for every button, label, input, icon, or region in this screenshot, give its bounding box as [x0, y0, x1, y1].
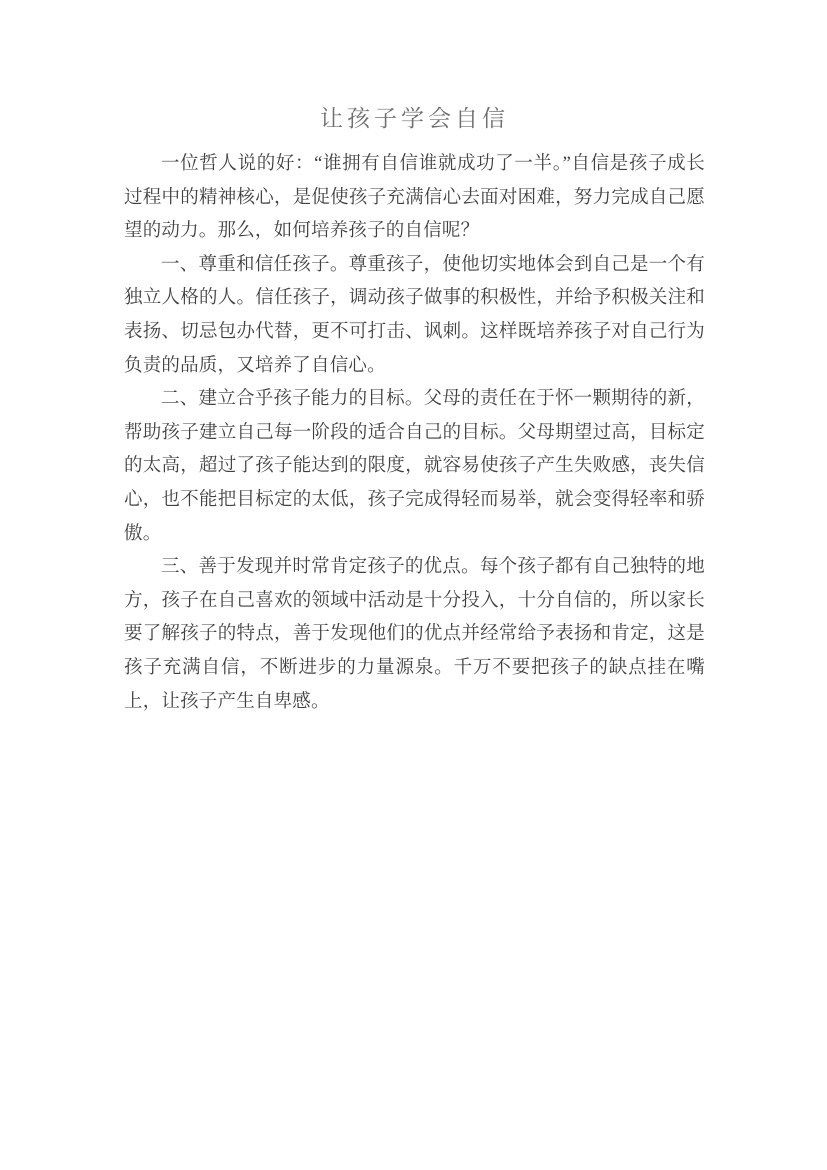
document-body: 一位哲人说的好：“谁拥有自信谁就成功了一半。”自信是孩子成长过程中的精神核心，是… — [124, 148, 705, 719]
paragraph-point-1: 一、尊重和信任孩子。尊重孩子，使他切实地体会到自己是一个有独立人格的人。信任孩子… — [124, 249, 705, 383]
document-page: 让孩子学会自信 一位哲人说的好：“谁拥有自信谁就成功了一半。”自信是孩子成长过程… — [0, 0, 827, 1170]
document-title: 让孩子学会自信 — [124, 100, 705, 133]
paragraph-point-3: 三、善于发现并时常肯定孩子的优点。每个孩子都有自己独特的地方，孩子在自己喜欢的领… — [124, 551, 705, 719]
paragraph-intro: 一位哲人说的好：“谁拥有自信谁就成功了一半。”自信是孩子成长过程中的精神核心，是… — [124, 148, 705, 249]
paragraph-point-2: 二、建立合乎孩子能力的目标。父母的责任在于怀一颗期待的新，帮助孩子建立自己每一阶… — [124, 383, 705, 551]
